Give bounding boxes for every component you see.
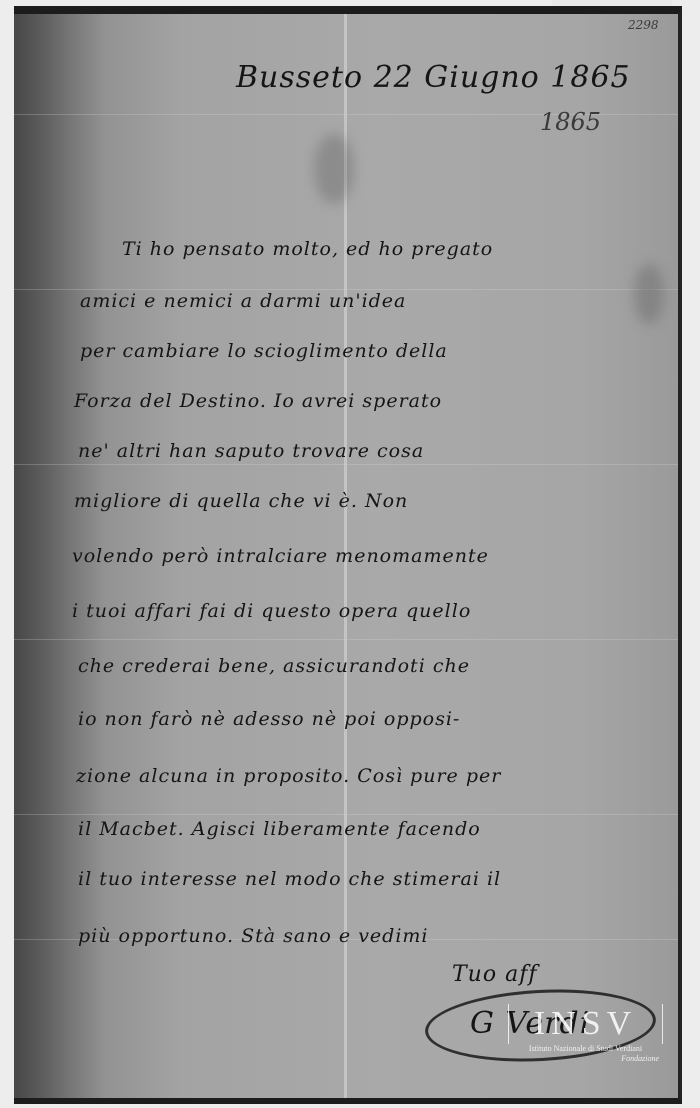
watermark-subtitle: Fondazione [508,1054,663,1063]
body-line: i tuoi affari fai di questo opera quello [72,600,471,622]
body-line: Ti ho pensato molto, ed ho pregato [122,238,493,260]
archive-number: 2298 [628,18,659,32]
place-date: Busseto 22 Giugno 1865 [236,60,631,95]
ruled-line [14,639,678,640]
body-line: amici e nemici a darmi un'idea [80,290,406,312]
insv-watermark: INSV Istituto Nazionale di Studi Verdian… [508,1004,663,1074]
pencil-year: 1865 [540,108,601,136]
stain [634,264,664,324]
ruled-line [14,814,678,815]
body-line: il tuo interesse nel modo che stimerai i… [78,868,501,890]
scan-frame: 2298 Busseto 22 Giugno 1865 1865 Ti ho p… [0,0,700,1108]
body-line: zione alcuna in proposito. Così pure per [76,765,501,787]
watermark-letters: INSV [508,1004,663,1044]
body-line: più opportuno. Stà sano e vedimi [78,925,429,947]
body-line: ne' altri han saputo trovare cosa [78,440,424,462]
body-line: volendo però intralciare menomamente [72,545,489,567]
body-line: il Macbet. Agisci liberamente facendo [78,818,481,840]
body-line: Forza del Destino. Io avrei sperato [74,390,442,412]
ruled-line [14,464,678,465]
closing: Tuo aff [452,962,537,987]
watermark-institution: Istituto Nazionale di Studi Verdiani [508,1044,663,1054]
stain [314,134,354,204]
body-line: migliore di quella che vi è. Non [74,490,408,512]
body-line: per cambiare lo scioglimento della [80,340,448,362]
body-line: che crederai bene, assicurandoti che [78,655,470,677]
body-line: io non farò nè adesso nè poi opposi- [78,708,460,730]
